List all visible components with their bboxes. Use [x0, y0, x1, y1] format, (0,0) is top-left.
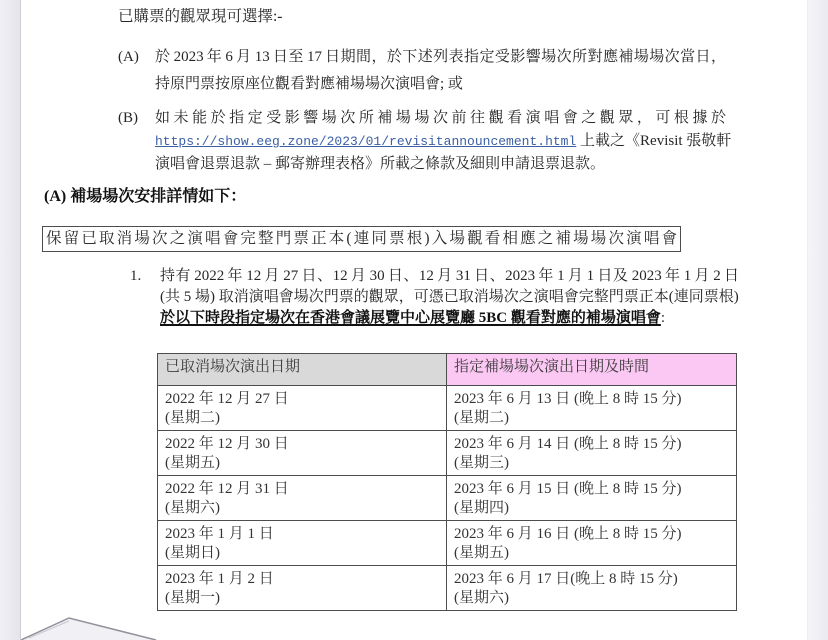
boxed-note: 保留已取消場次之演唱會完整門票正本(連同票根)入場觀看相應之補場場次演唱會: [42, 226, 681, 252]
document-viewer: 已購票的觀眾現可選擇:- (A) 於 2023 年 6 月 13 日至 17 日…: [0, 0, 828, 640]
viewer-left-margin: [0, 0, 21, 640]
replacement-date-cell: 2023 年 6 月 17 日(晚上 8 時 15 分)(星期六): [447, 566, 737, 611]
intro-line: 已購票的觀眾現可選擇:-: [118, 6, 718, 27]
cancelled-date-cell: 2022 年 12 月 27 日(星期二): [158, 386, 447, 431]
item-number: 1.: [130, 266, 141, 287]
page-curl-decoration: [21, 610, 161, 640]
header-cancelled-date: 已取消場次演出日期: [158, 354, 447, 386]
list-item-1: 1. 持有 2022 年 12 月 27 日、12 月 30 日、12 月 31…: [130, 266, 739, 329]
option-b-line2-rest: 上載之《Revisit 張敬軒: [576, 133, 731, 149]
option-b-label: (B): [118, 107, 138, 130]
option-a-line2: 持原門票按原座位觀看對應補場場次演唱會; 或: [155, 71, 726, 98]
section-heading: (A) 補場場次安排詳情如下：: [44, 186, 246, 208]
item1-line3-emphasis: 於以下時段指定場次在香港會議展覽中心展覽廳 5BC 觀看對應的補場演唱會: [160, 310, 661, 326]
option-a-label: (A): [118, 44, 139, 71]
table-row: 2022 年 12 月 27 日(星期二) 2023 年 6 月 13 日 (晚…: [158, 386, 737, 431]
item1-line3: 於以下時段指定場次在香港會議展覽中心展覽廳 5BC 觀看對應的補場演唱會:: [160, 308, 739, 329]
replacement-date-cell: 2023 年 6 月 14 日 (晚上 8 時 15 分)(星期三): [447, 431, 737, 476]
option-b-line1: 如未能於指定受影響場次所補場場次前往觀看演唱會之觀眾，可根據於: [155, 107, 726, 130]
option-a-paragraph: (A) 於 2023 年 6 月 13 日至 17 日期間，於下述列表指定受影響…: [118, 44, 726, 98]
schedule-table: 已取消場次演出日期 指定補場場次演出日期及時間 2022 年 12 月 27 日…: [157, 353, 737, 611]
cancelled-date-cell: 2022 年 12 月 30 日(星期五): [158, 431, 447, 476]
cancelled-date-cell: 2023 年 1 月 2 日(星期一): [158, 566, 447, 611]
replacement-date-cell: 2023 年 6 月 15 日 (晚上 8 時 15 分)(星期四): [447, 476, 737, 521]
table-row: 2023 年 1 月 2 日(星期一) 2023 年 6 月 17 日(晚上 8…: [158, 566, 737, 611]
table-row: 2023 年 1 月 1 日(星期日) 2023 年 6 月 16 日 (晚上 …: [158, 521, 737, 566]
item1-line2: (共 5 場) 取消演唱會場次門票的觀眾，可憑已取消場次之演唱會完整門票正本(連…: [160, 287, 739, 308]
document-page: 已購票的觀眾現可選擇:- (A) 於 2023 年 6 月 13 日至 17 日…: [21, 0, 807, 640]
header-replacement-date: 指定補場場次演出日期及時間: [447, 354, 737, 386]
option-b-line2: https://show.eeg.zone/2023/01/revisitann…: [155, 130, 726, 153]
replacement-date-cell: 2023 年 6 月 16 日 (晚上 8 時 15 分)(星期五): [447, 521, 737, 566]
table-row: 2022 年 12 月 31 日(星期六) 2023 年 6 月 15 日 (晚…: [158, 476, 737, 521]
option-a-line1: 於 2023 年 6 月 13 日至 17 日期間，於下述列表指定受影響場次所對…: [155, 44, 726, 71]
item1-line3-tail: :: [661, 310, 665, 326]
option-b-paragraph: (B) 如未能於指定受影響場次所補場場次前往觀看演唱會之觀眾，可根據於 http…: [118, 107, 726, 176]
cancelled-date-cell: 2023 年 1 月 1 日(星期日): [158, 521, 447, 566]
item1-line1: 持有 2022 年 12 月 27 日、12 月 30 日、12 月 31 日、…: [160, 266, 739, 287]
table-row: 2022 年 12 月 30 日(星期五) 2023 年 6 月 14 日 (晚…: [158, 431, 737, 476]
announcement-link[interactable]: https://show.eeg.zone/2023/01/revisitann…: [155, 134, 576, 149]
cancelled-date-cell: 2022 年 12 月 31 日(星期六): [158, 476, 447, 521]
table-header-row: 已取消場次演出日期 指定補場場次演出日期及時間: [158, 354, 737, 386]
option-b-line3: 演唱會退票退款 – 郵寄辦理表格》所載之條款及細則申請退票退款。: [155, 153, 726, 176]
viewer-right-margin: [807, 0, 828, 640]
replacement-date-cell: 2023 年 6 月 13 日 (晚上 8 時 15 分)(星期二): [447, 386, 737, 431]
